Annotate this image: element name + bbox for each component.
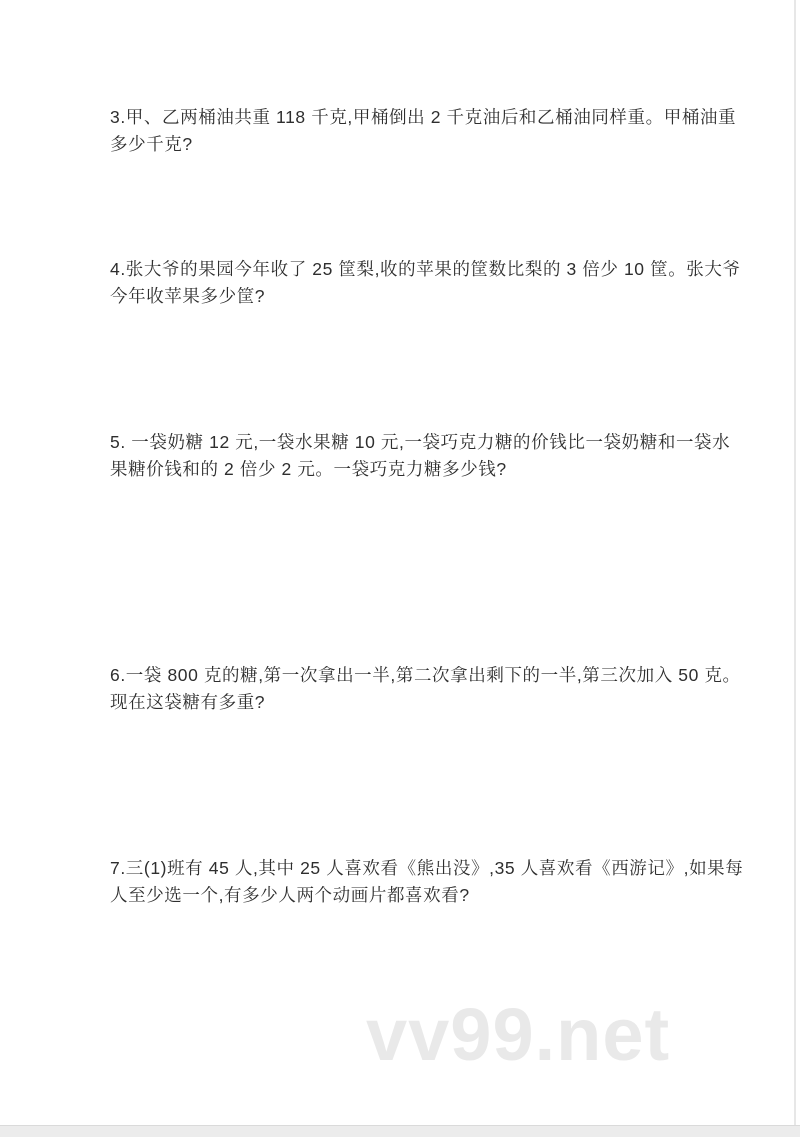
problem-4: 4.张大爷的果园今年收了 25 筐梨,收的苹果的筐数比梨的 3 倍少 10 筐。… <box>110 256 722 310</box>
problem-5-line-1: 5. 一袋奶糖 12 元,一袋水果糖 10 元,一袋巧克力糖的价钱比一袋奶糖和一… <box>110 429 722 456</box>
problem-4-line-2: 今年收苹果多少筐? <box>110 283 722 310</box>
problem-7-line-2: 人至少选一个,有多少人两个动画片都喜欢看? <box>110 882 722 909</box>
problem-3: 3.甲、乙两桶油共重 118 千克,甲桶倒出 2 千克油后和乙桶油同样重。甲桶油… <box>110 104 722 158</box>
problem-7: 7.三(1)班有 45 人,其中 25 人喜欢看《熊出没》,35 人喜欢看《西游… <box>110 855 722 909</box>
page-edge-line <box>794 0 796 1137</box>
problem-4-line-1: 4.张大爷的果园今年收了 25 筐梨,收的苹果的筐数比梨的 3 倍少 10 筐。… <box>110 256 722 283</box>
problem-7-line-1: 7.三(1)班有 45 人,其中 25 人喜欢看《熊出没》,35 人喜欢看《西游… <box>110 855 722 882</box>
problem-3-line-1: 3.甲、乙两桶油共重 118 千克,甲桶倒出 2 千克油后和乙桶油同样重。甲桶油… <box>110 104 722 131</box>
worksheet-page: 3.甲、乙两桶油共重 118 千克,甲桶倒出 2 千克油后和乙桶油同样重。甲桶油… <box>0 0 800 1137</box>
problem-5: 5. 一袋奶糖 12 元,一袋水果糖 10 元,一袋巧克力糖的价钱比一袋奶糖和一… <box>110 429 722 483</box>
problem-6-line-1: 6.一袋 800 克的糖,第一次拿出一半,第二次拿出剩下的一半,第三次加入 50… <box>110 662 722 689</box>
problem-5-line-2: 果糖价钱和的 2 倍少 2 元。一袋巧克力糖多少钱? <box>110 456 722 483</box>
problem-3-line-2: 多少千克? <box>110 131 722 158</box>
problem-6-line-2: 现在这袋糖有多重? <box>110 689 722 716</box>
watermark: vv99.net <box>366 992 670 1077</box>
problem-6: 6.一袋 800 克的糖,第一次拿出一半,第二次拿出剩下的一半,第三次加入 50… <box>110 662 722 716</box>
page-gap-strip <box>0 1125 800 1137</box>
